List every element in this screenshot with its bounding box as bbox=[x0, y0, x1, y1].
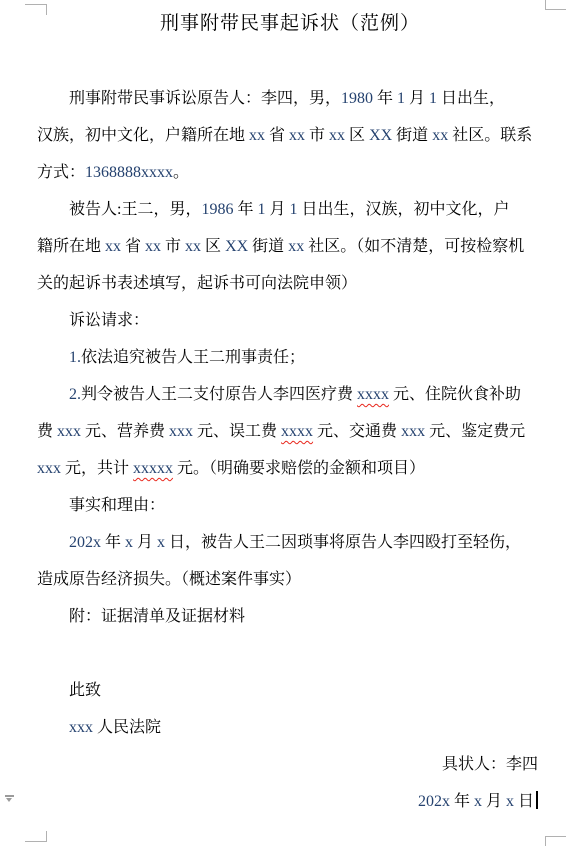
text-run: 月 bbox=[133, 534, 157, 551]
text-run: 社区。（如不清楚，可按检察机 bbox=[304, 238, 524, 255]
paragraph: 2.判令被告人王二支付原告人李四医疗费 xxxx 元、住院伙食补助费 xxx 元… bbox=[37, 376, 550, 487]
text-run: 日出生， bbox=[437, 90, 505, 107]
text-run: 日，被告人王二因琐事将原告人李四殴打至轻伤， bbox=[165, 534, 521, 551]
text-run: 元、营养费 bbox=[81, 423, 169, 440]
text-line: 关的起诉书表述填写，起诉书可向法院申领） bbox=[37, 265, 550, 302]
text-line: 费 xxx 元、营养费 xxx 元、误工费 xxxx 元、交通费 xxx 元、鉴… bbox=[37, 413, 550, 450]
text-run: 关的起诉书表述填写，起诉书可向法院申领） bbox=[37, 275, 357, 292]
text-run: 刑事附带民事诉讼原告人：李四，男， bbox=[69, 90, 341, 107]
text-run: 日 bbox=[514, 793, 534, 810]
text-run: 1368888xxxx bbox=[85, 164, 173, 181]
text-run: 社区。联系 bbox=[448, 127, 532, 144]
text-run: x bbox=[506, 793, 514, 810]
text-run: xxx bbox=[37, 460, 61, 477]
text-run: 202x bbox=[69, 534, 101, 551]
text-run: 元。（明确要求赔偿的金额和项目） bbox=[173, 460, 425, 477]
text-run: 年 bbox=[233, 201, 257, 218]
text-run: 年 bbox=[373, 90, 397, 107]
text-run: xx bbox=[288, 238, 304, 255]
text-run: 市 bbox=[161, 238, 185, 255]
text-run: 元、住院伙食补助 bbox=[389, 386, 521, 403]
text-run: 汉族，初中文化，户籍所在地 bbox=[37, 127, 249, 144]
text-run: xx bbox=[145, 238, 161, 255]
margin-anchor-icon bbox=[4, 795, 14, 803]
paragraph: 附：证据清单及证据材料 bbox=[37, 598, 550, 635]
text-run: 元、交通费 bbox=[313, 423, 401, 440]
text-run: 被告人:王二，男， bbox=[69, 201, 201, 218]
text-run: xx bbox=[185, 238, 201, 255]
spellcheck-flagged-text: xxxx bbox=[357, 386, 389, 403]
paragraph: 具状人：李四 bbox=[37, 746, 550, 783]
paragraph: 202x 年 x 月 x 日，被告人王二因琐事将原告人李四殴打至轻伤，造成原告经… bbox=[37, 524, 550, 598]
text-run: 年 bbox=[450, 793, 474, 810]
text-run: 1 bbox=[397, 90, 405, 107]
text-run: x bbox=[157, 534, 165, 551]
text-run: xxx bbox=[169, 423, 193, 440]
text-run: xx bbox=[105, 238, 121, 255]
text-run: xx bbox=[329, 127, 345, 144]
text-run: 日出生，汉族，初中文化，户 bbox=[297, 201, 509, 218]
paragraph: 诉讼请求： bbox=[37, 302, 550, 339]
text-line: 刑事附带民事诉讼原告人：李四，男，1980 年 1 月 1 日出生， bbox=[37, 80, 550, 117]
text-run: 附：证据清单及证据材料 bbox=[69, 608, 245, 625]
text-run: 事实和理由： bbox=[69, 497, 165, 514]
text-run: 1 bbox=[429, 90, 437, 107]
text-run: 造成原告经济损失。（概述案件事实） bbox=[37, 571, 301, 588]
text-run: 区 bbox=[201, 238, 225, 255]
text-run: 判令被告人王二支付原告人李四医疗费 bbox=[81, 386, 357, 403]
text-run: 此致 bbox=[69, 682, 101, 699]
document-page: 刑事附带民事起诉状（范例） 刑事附带民事诉讼原告人：李四，男，1980 年 1 … bbox=[0, 0, 580, 845]
text-run: 月 bbox=[482, 793, 506, 810]
text-run: x bbox=[474, 793, 482, 810]
text-run: 方式： bbox=[37, 164, 85, 181]
paragraph: 刑事附带民事诉讼原告人：李四，男，1980 年 1 月 1 日出生，汉族，初中文… bbox=[37, 80, 550, 191]
text-run: 区 bbox=[345, 127, 369, 144]
text-line: 202x 年 x 月 x 日 bbox=[37, 783, 538, 820]
text-run: 1986 bbox=[201, 201, 233, 218]
text-run: 市 bbox=[305, 127, 329, 144]
text-line: 附：证据清单及证据材料 bbox=[37, 598, 550, 635]
text-run: 年 bbox=[101, 534, 125, 551]
text-run: 籍所在地 bbox=[37, 238, 105, 255]
text-line: 汉族，初中文化，户籍所在地 xx 省 xx 市 xx 区 XX 街道 xx 社区… bbox=[37, 117, 550, 154]
text-run: 2. bbox=[69, 386, 81, 403]
text-run: xxx bbox=[57, 423, 81, 440]
text-line: 籍所在地 xx 省 xx 市 xx 区 XX 街道 xx 社区。（如不清楚，可按… bbox=[37, 228, 550, 265]
text-run: 省 bbox=[121, 238, 145, 255]
text-run: xxx bbox=[69, 719, 93, 736]
text-run: 具状人：李四 bbox=[442, 756, 538, 773]
text-run: 元，共计 bbox=[61, 460, 133, 477]
text-line: 诉讼请求： bbox=[37, 302, 550, 339]
text-run: 月 bbox=[265, 201, 289, 218]
text-run: XX bbox=[225, 238, 248, 255]
text-run: 。 bbox=[173, 164, 189, 181]
text-line bbox=[37, 635, 550, 672]
text-boundary-mark-bottom-left bbox=[25, 831, 47, 842]
spellcheck-flagged-text: xxxxx bbox=[133, 460, 173, 477]
text-run: 元、鉴定费元 bbox=[425, 423, 525, 440]
text-boundary-mark-bottom-right bbox=[545, 836, 566, 845]
text-line: 事实和理由： bbox=[37, 487, 550, 524]
text-run: xx bbox=[249, 127, 265, 144]
text-run: 1980 bbox=[341, 90, 373, 107]
text-line: 此致 bbox=[37, 672, 550, 709]
text-run: 诉讼请求： bbox=[69, 312, 149, 329]
text-line: 被告人:王二，男，1986 年 1 月 1 日出生，汉族，初中文化，户 bbox=[37, 191, 550, 228]
text-boundary-mark-top-right bbox=[545, 0, 566, 10]
text-run: x bbox=[125, 534, 133, 551]
paragraph: 事实和理由： bbox=[37, 487, 550, 524]
text-run: 202x bbox=[418, 793, 450, 810]
text-run: xxx bbox=[401, 423, 425, 440]
text-cursor bbox=[536, 791, 538, 809]
text-run: 省 bbox=[265, 127, 289, 144]
text-line: 202x 年 x 月 x 日，被告人王二因琐事将原告人李四殴打至轻伤， bbox=[37, 524, 550, 561]
text-line: 1.依法追究被告人王二刑事责任； bbox=[37, 339, 550, 376]
text-line: 方式：1368888xxxx。 bbox=[37, 154, 550, 191]
text-run: 元、误工费 bbox=[193, 423, 281, 440]
text-line: 具状人：李四 bbox=[37, 746, 538, 783]
document-title: 刑事附带民事起诉状（范例） bbox=[0, 10, 580, 38]
text-run: 依法追究被告人王二刑事责任； bbox=[81, 349, 305, 366]
text-line: xxx 人民法院 bbox=[37, 709, 550, 746]
text-run: 街道 bbox=[392, 127, 432, 144]
paragraph: 202x 年 x 月 x 日 bbox=[37, 783, 550, 820]
spellcheck-flagged-text: xxxx bbox=[281, 423, 313, 440]
paragraph: 被告人:王二，男，1986 年 1 月 1 日出生，汉族，初中文化，户籍所在地 … bbox=[37, 191, 550, 302]
text-run: xx bbox=[289, 127, 305, 144]
text-run: 月 bbox=[405, 90, 429, 107]
text-run: xx bbox=[432, 127, 448, 144]
document-body[interactable]: 刑事附带民事诉讼原告人：李四，男，1980 年 1 月 1 日出生，汉族，初中文… bbox=[37, 80, 550, 820]
paragraph: xxx 人民法院 bbox=[37, 709, 550, 746]
paragraph: 1.依法追究被告人王二刑事责任； bbox=[37, 339, 550, 376]
text-run: XX bbox=[369, 127, 392, 144]
text-line: xxx 元，共计 xxxxx 元。（明确要求赔偿的金额和项目） bbox=[37, 450, 550, 487]
paragraph bbox=[37, 635, 550, 672]
text-run: 街道 bbox=[248, 238, 288, 255]
text-line: 造成原告经济损失。（概述案件事实） bbox=[37, 561, 550, 598]
text-run: 1. bbox=[69, 349, 81, 366]
paragraph: 此致 bbox=[37, 672, 550, 709]
text-run: 人民法院 bbox=[93, 719, 161, 736]
text-line: 2.判令被告人王二支付原告人李四医疗费 xxxx 元、住院伙食补助 bbox=[37, 376, 550, 413]
text-run: 费 bbox=[37, 423, 57, 440]
